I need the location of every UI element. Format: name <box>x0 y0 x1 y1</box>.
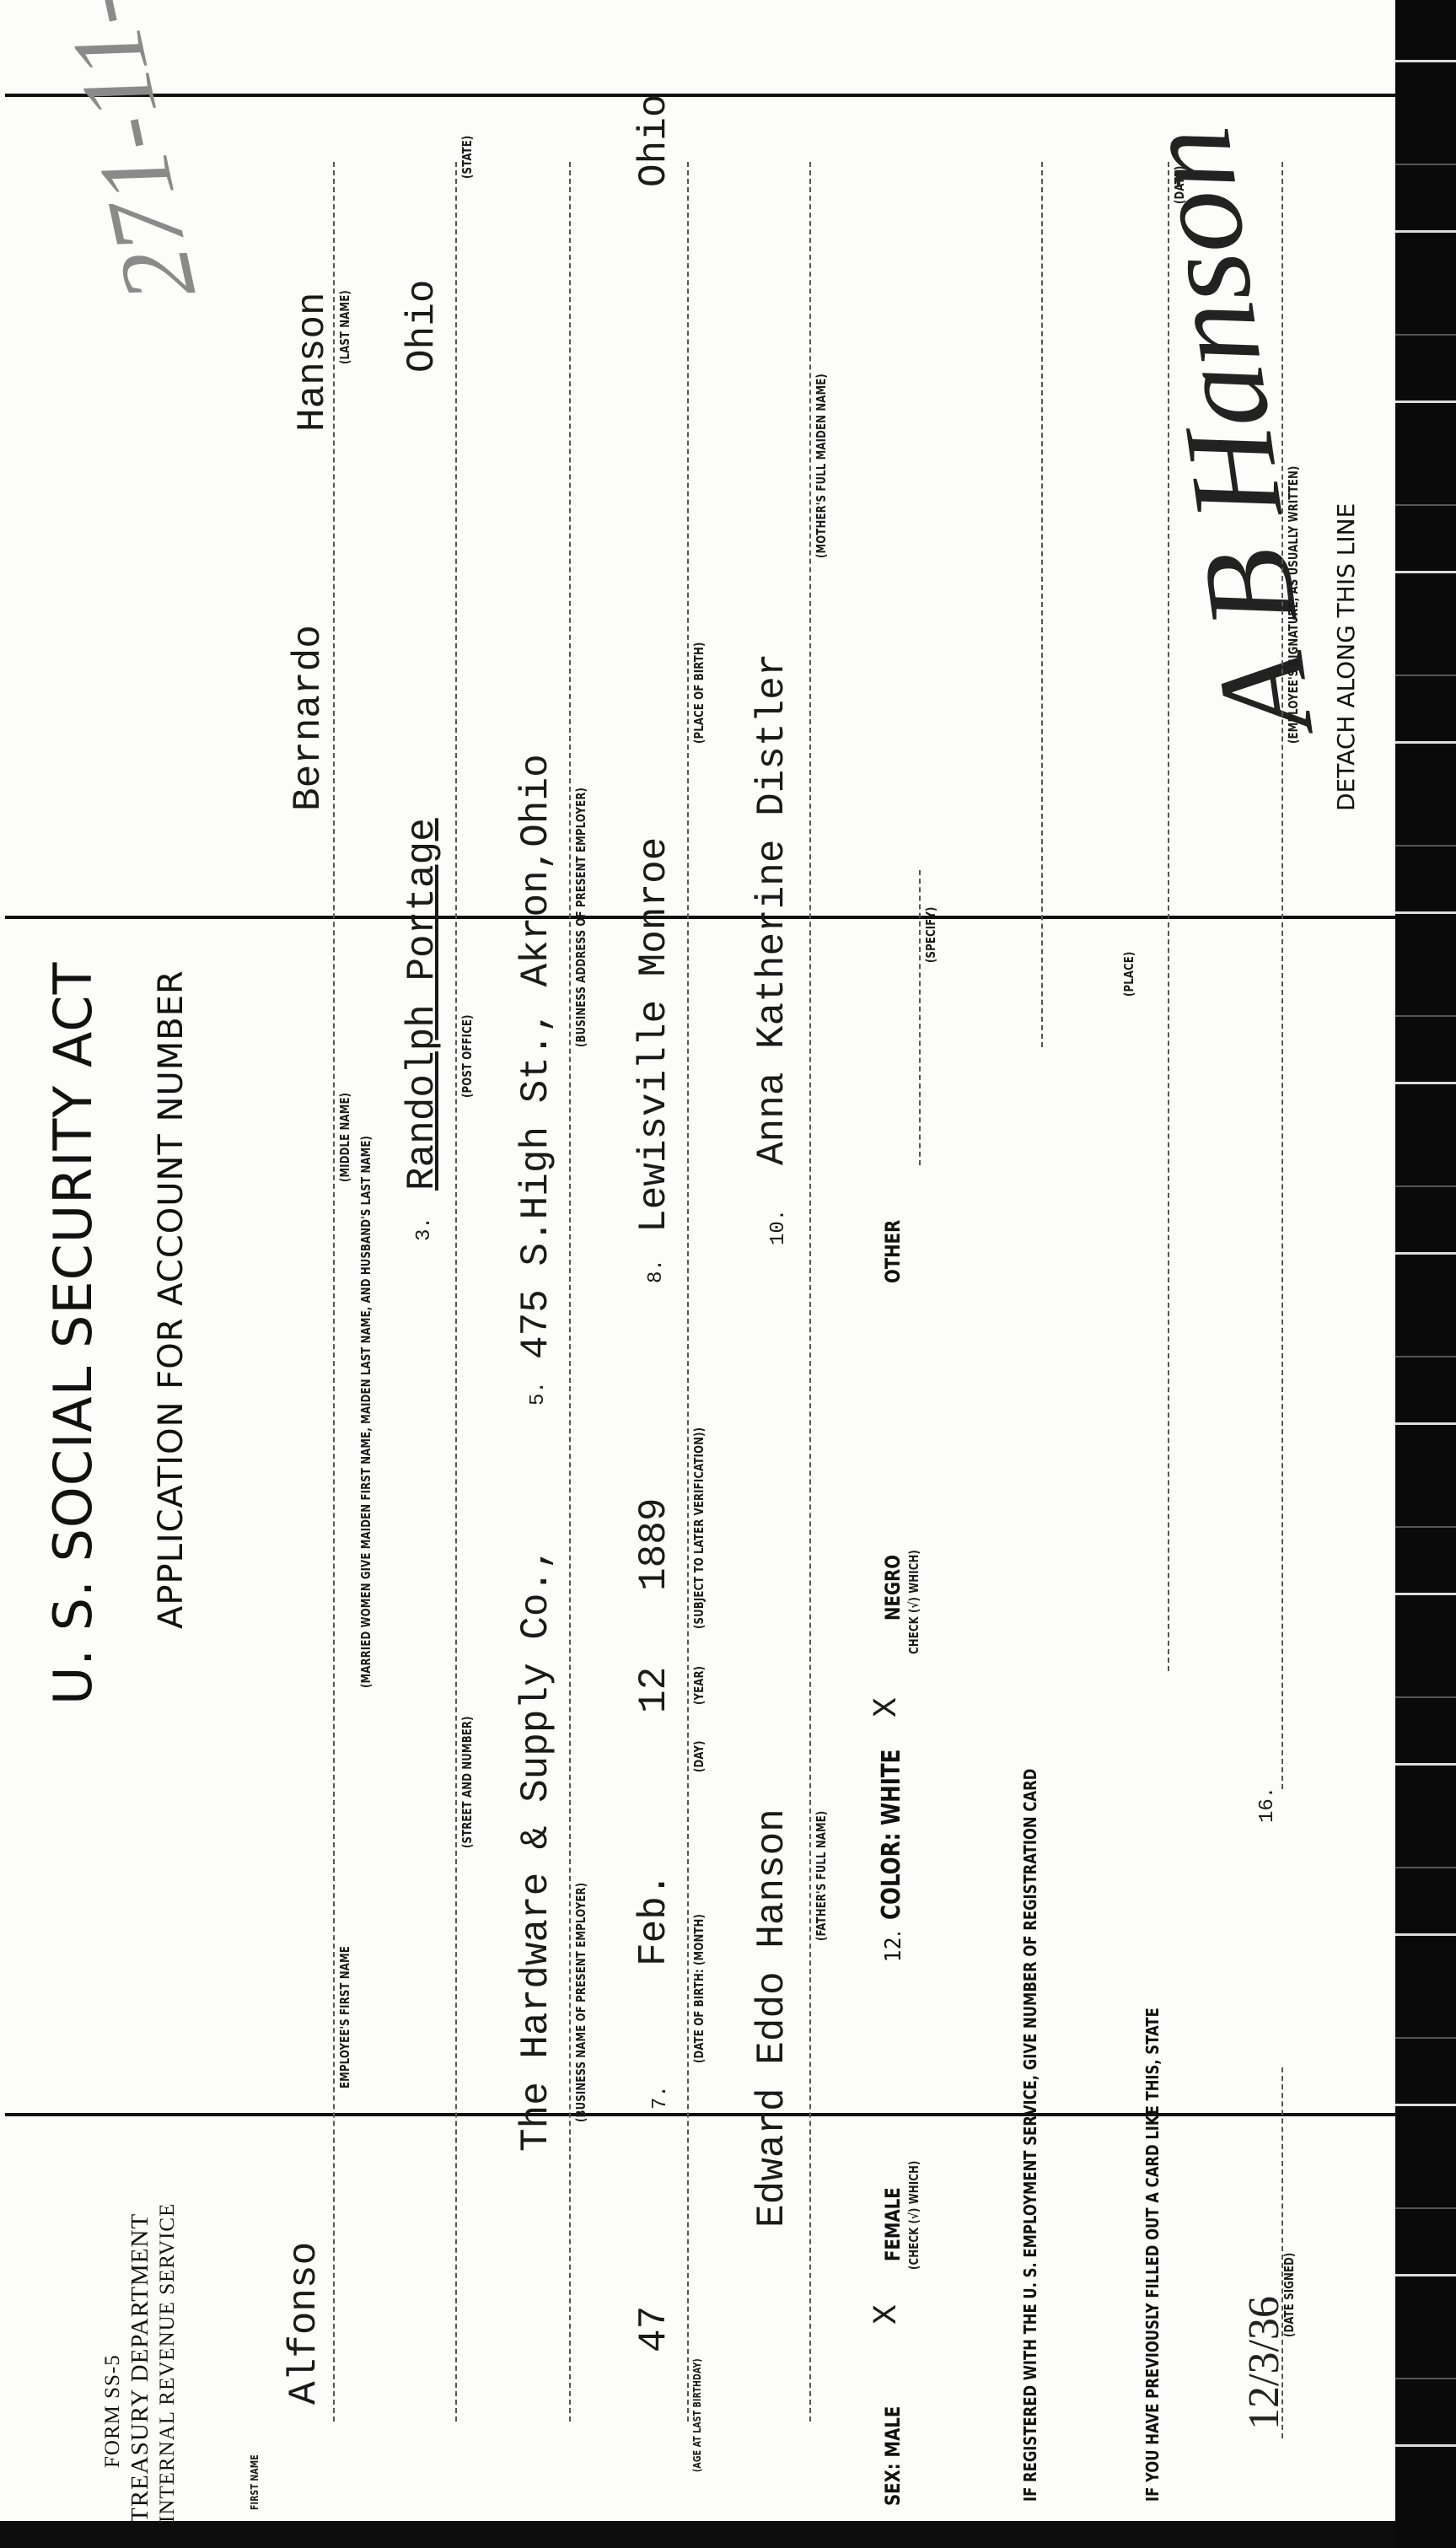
sex-male-mark[interactable]: X <box>868 2304 906 2325</box>
employer-name-value: The Hardware & Supply Co., <box>514 1546 558 2152</box>
section-divider-3 <box>5 94 1396 97</box>
first-name-label: EMPLOYEE'S FIRST NAME <box>337 1946 352 2088</box>
mother-name-number: 10. <box>767 1209 790 1245</box>
row-line-employer <box>569 162 571 2422</box>
signature-line[interactable] <box>1281 162 1283 1789</box>
employer-address-number: 5. <box>527 1381 550 1406</box>
section-divider-2 <box>5 916 1396 919</box>
color-white-mark[interactable]: X <box>868 1697 906 1717</box>
age-label: (AGE AT LAST BIRTHDAY) <box>691 2358 703 2472</box>
color-negro-label: NEGRO <box>881 1555 905 1621</box>
mother-name-value: Anna Katherine Distler <box>750 653 794 1165</box>
employment-service-line[interactable] <box>1041 162 1043 1047</box>
birth-year-label: (YEAR) <box>691 1666 707 1705</box>
form-number: FORM SS-5 <box>101 2354 125 2468</box>
birth-place-number: 8. <box>645 1259 668 1283</box>
birth-place-label: (PLACE OF BIRTH) <box>691 642 707 744</box>
father-name-value: Edward Eddo Hanson <box>750 1809 794 2228</box>
employee-signature: A B Hanson <box>1114 119 1342 742</box>
row-line-address <box>455 162 457 2422</box>
previous-card-label: IF YOU HAVE PREVIOUSLY FILLED OUT A CARD… <box>1142 2008 1163 2502</box>
section-divider-1 <box>5 2113 1396 2116</box>
state-value: Ohio <box>400 280 444 373</box>
row-line-birth <box>687 162 689 2422</box>
department: TREASURY DEPARTMENT <box>126 2213 154 2523</box>
scan-edge-bottom <box>1395 0 1456 2548</box>
date-signed-label: (DATE SIGNED) <box>1281 2252 1297 2337</box>
page-subtitle: APPLICATION FOR ACCOUNT NUMBER <box>152 970 191 1629</box>
previous-card-place-label: (PLACE) <box>1121 952 1136 997</box>
employer-name-label: (BUSINESS NAME OF PRESENT EMPLOYER) <box>573 1883 588 2122</box>
color-white-label: COLOR: WHITE <box>877 1750 906 1920</box>
color-check-note: CHECK (√) WHICH) <box>906 1550 921 1654</box>
color-number: 12. <box>881 1931 906 1962</box>
color-other-line[interactable] <box>919 870 921 1165</box>
signature-label: (EMPLOYEE'S SIGNATURE, AS USUALLY WRITTE… <box>1286 466 1301 744</box>
last-name-value: Hanson <box>291 292 335 432</box>
mother-name-label: (MOTHER'S FULL MAIDEN NAME) <box>814 374 829 558</box>
birth-month-label: (DATE OF BIRTH: (MONTH) <box>691 1914 707 2063</box>
street-label: (STREET AND NUMBER) <box>459 1716 475 1848</box>
middle-name-value: Bernardo <box>287 625 330 811</box>
scan-edge-left <box>0 2521 1456 2548</box>
middle-name-label: (MIDDLE NAME) <box>337 1093 352 1182</box>
sex-check-note: (CHECK (√) WHICH) <box>906 2161 921 2270</box>
employer-address-value: 475 S.High St., Akron,Ohio <box>514 754 558 1359</box>
birth-day-value: 12 <box>632 1667 676 1713</box>
sex-male-label: SEX: MALE <box>881 2406 905 2506</box>
page-title: U. S. SOCIAL SECURITY ACT <box>42 962 104 1705</box>
sex-female-label: FEMALE <box>881 2187 905 2261</box>
post-office-number: 3. <box>413 1217 436 1241</box>
age-value: 47 <box>632 2306 676 2352</box>
scanned-page: FORM SS-5 TREASURY DEPARTMENT INTERNAL R… <box>0 0 1456 2548</box>
post-office-value: Randolph Portage <box>400 818 444 1191</box>
birth-verification-note: (SUBJECT TO LATER VERIFICATION)) <box>691 1427 707 1629</box>
service: INTERNAL REVENUE SERVICE <box>156 2203 180 2523</box>
signature-number: 16. <box>1256 1787 1279 1823</box>
birth-date-number: 7. <box>649 2085 672 2110</box>
detach-line-label: DETACH ALONG THIS LINE <box>1332 503 1360 811</box>
post-office-label: (POST OFFICE) <box>459 1014 475 1098</box>
employer-address-label: (BUSINESS ADDRESS OF PRESENT EMPLOYER) <box>573 788 588 1047</box>
birth-place-value: Lewisville Monroe <box>632 837 676 1233</box>
birth-place-state: Ohio <box>632 94 676 187</box>
birth-year-value: 1889 <box>632 1498 676 1591</box>
handwritten-account-number: 271-11-8204 <box>0 0 219 312</box>
row-line-parents <box>809 162 811 2422</box>
last-name-label: (LAST NAME) <box>337 290 352 364</box>
first-name-prefix: FIRST NAME <box>249 2454 261 2510</box>
first-name-value: Alfonso <box>282 2242 326 2405</box>
color-specify-label: (SPECIFY) <box>923 906 938 963</box>
birth-month-value: Feb. <box>632 1873 676 1966</box>
father-name-label: (FATHER'S FULL NAME) <box>814 1811 829 1941</box>
row-line-name <box>333 162 335 2422</box>
state-label: (STATE) <box>459 136 475 179</box>
color-other-label: OTHER <box>881 1220 905 1283</box>
ss5-form: FORM SS-5 TREASURY DEPARTMENT INTERNAL R… <box>0 0 1456 2548</box>
married-women-note: (MARRIED WOMEN GIVE MAIDEN FIRST NAME, M… <box>358 1136 373 1688</box>
employment-service-label: IF REGISTERED WITH THE U. S. EMPLOYMENT … <box>1020 1769 1040 2502</box>
birth-day-label: (DAY) <box>691 1740 707 1772</box>
